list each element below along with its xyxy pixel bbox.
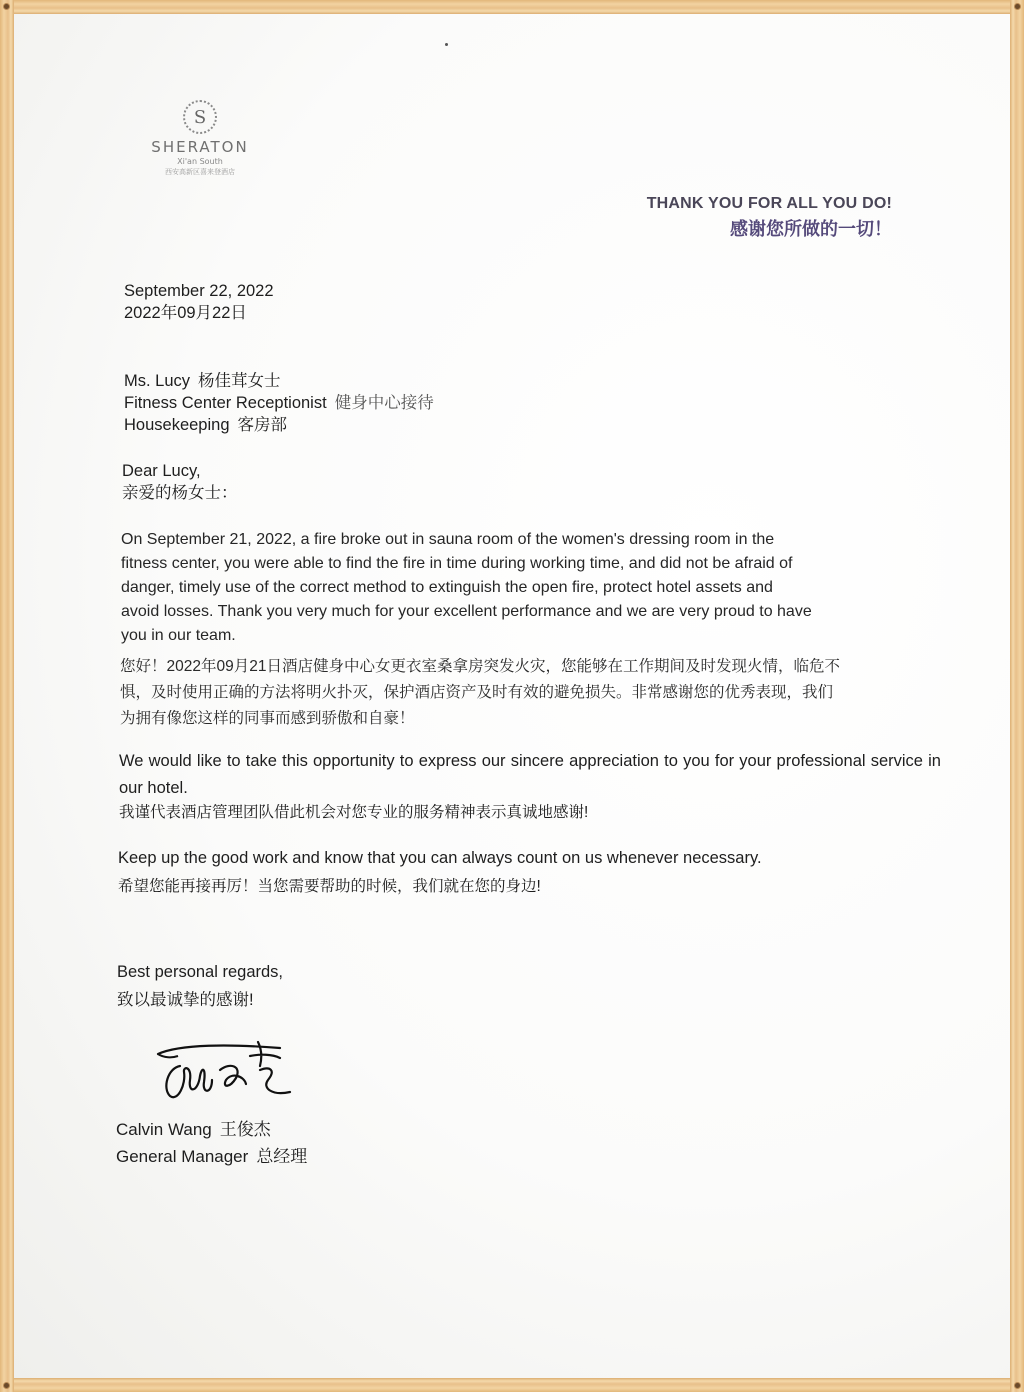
para1-line: On September 21, 2022, a fire broke out … <box>121 528 933 552</box>
recipient-name-cn: 杨佳茸女士 <box>198 372 281 390</box>
brand-location-cn: 西安高新区喜来登酒店 <box>130 167 270 177</box>
salutation-en: Dear Lucy, <box>122 460 238 482</box>
tagline-en: THANK YOU FOR ALL YOU DO! <box>647 195 892 213</box>
body-paragraph-2: We would like to take this opportunity t… <box>119 748 941 802</box>
recipient-title-cn: 健身中心接待 <box>335 394 434 412</box>
rivet-bottom-right <box>1015 1383 1020 1388</box>
recipient-title-en: Fitness Center Receptionist <box>124 394 327 412</box>
rivet-top-left <box>4 4 9 9</box>
signer-name: Calvin Wang王俊杰 <box>116 1116 307 1143</box>
date-en: September 22, 2022 <box>124 280 274 302</box>
para1-line: avoid losses. Thank you very much for yo… <box>121 600 933 624</box>
closing-en: Best personal regards, <box>117 958 283 986</box>
salutation-cn: 亲爱的杨女士： <box>122 482 238 504</box>
para1-line: danger, timely use of the correct method… <box>121 576 933 600</box>
sheraton-logo: S SHERATON Xi'an South 西安高新区喜来登酒店 <box>130 100 270 177</box>
recipient-dept: Housekeeping客房部 <box>124 414 434 436</box>
body-paragraph-1: On September 21, 2022, a fire broke out … <box>121 528 933 648</box>
recipient-name: Ms. Lucy杨佳茸女士 <box>124 370 434 392</box>
thank-you-tagline: THANK YOU FOR ALL YOU DO! 感谢您所做的一切！ <box>647 195 892 241</box>
recipient-dept-cn: 客房部 <box>238 416 288 434</box>
brand-location: Xi'an South <box>130 157 270 166</box>
rivet-top-right <box>1015 4 1020 9</box>
tagline-cn: 感谢您所做的一切！ <box>647 215 892 241</box>
body-paragraph-3: Keep up the good work and know that you … <box>118 846 762 870</box>
signer-title: General Manager总经理 <box>116 1143 307 1170</box>
para1-cn-line: 您好！2022年09月21日酒店健身中心女更衣室桑拿房突发火灾，您能够在工作期间… <box>120 654 940 680</box>
body-paragraph-2-cn: 我谨代表酒店管理团队借此机会对您专业的服务精神表示真诚地感谢! <box>119 802 588 824</box>
letter-date: September 22, 2022 2022年09月22日 <box>124 280 274 324</box>
signer-title-en: General Manager <box>116 1147 248 1166</box>
salutation: Dear Lucy, 亲爱的杨女士： <box>122 460 238 504</box>
para1-line: fitness center, you were able to find th… <box>121 552 933 576</box>
signer-title-cn: 总经理 <box>256 1147 307 1166</box>
signer-name-cn: 王俊杰 <box>220 1120 271 1139</box>
para1-cn-line: 为拥有像您这样的同事而感到骄傲和自豪！ <box>120 706 940 732</box>
recipient-name-en: Ms. Lucy <box>124 372 190 390</box>
closing-cn: 致以最诚挚的感谢! <box>117 986 283 1014</box>
sheraton-emblem-icon: S <box>183 100 217 134</box>
closing: Best personal regards, 致以最诚挚的感谢! <box>117 958 283 1014</box>
para1-line: you in our team. <box>121 624 933 648</box>
signer-name-en: Calvin Wang <box>116 1120 212 1139</box>
rivet-bottom-left <box>4 1383 9 1388</box>
recipient-block: Ms. Lucy杨佳茸女士 Fitness Center Receptionis… <box>124 370 434 436</box>
signer-block: Calvin Wang王俊杰 General Manager总经理 <box>116 1116 307 1170</box>
para1-cn-line: 惧，及时使用正确的方法将明火扑灭，保护酒店资产及时有效的避免损失。非常感谢您的优… <box>120 680 940 706</box>
recipient-title: Fitness Center Receptionist健身中心接待 <box>124 392 434 414</box>
brand-name: SHERATON <box>130 138 270 156</box>
paper-speck <box>445 43 448 46</box>
date-cn: 2022年09月22日 <box>124 302 274 324</box>
body-paragraph-3-cn: 希望您能再接再厉！当您需要帮助的时候，我们就在您的身边! <box>118 876 541 898</box>
handwritten-signature <box>150 1036 310 1106</box>
recipient-dept-en: Housekeeping <box>124 416 230 434</box>
body-paragraph-1-cn: 您好！2022年09月21日酒店健身中心女更衣室桑拿房突发火灾，您能够在工作期间… <box>120 654 940 732</box>
